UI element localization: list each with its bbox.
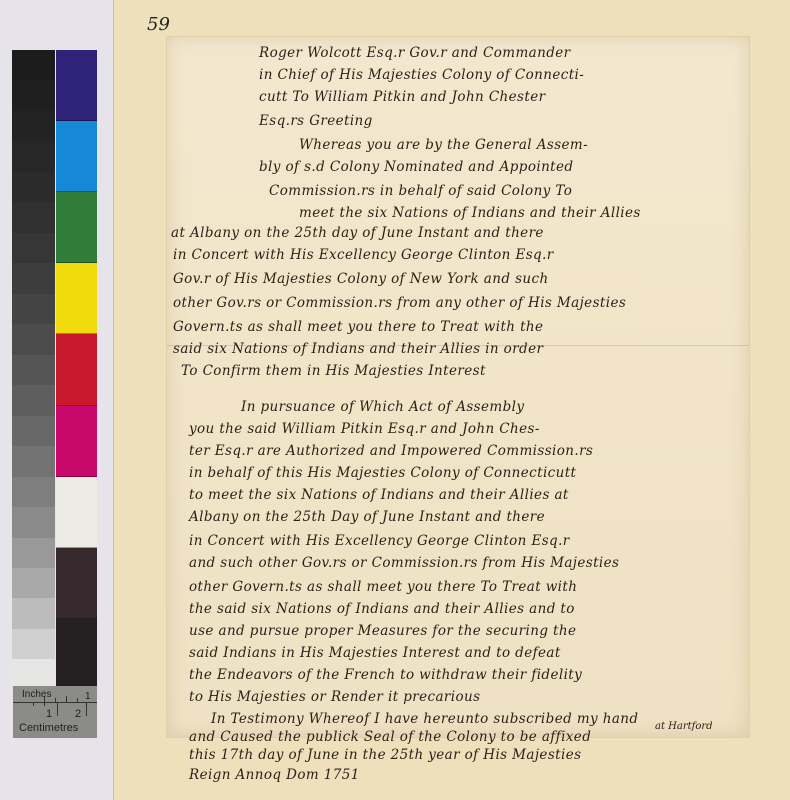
manuscript-line: Albany on the 25th Day of June Instant a… bbox=[189, 509, 545, 525]
color-patch-cyan bbox=[56, 121, 97, 192]
gray-step bbox=[12, 507, 55, 537]
manuscript-line: ter Esq.r are Authorized and Impowered C… bbox=[189, 443, 593, 459]
gray-step bbox=[12, 202, 55, 232]
gray-step bbox=[12, 568, 55, 598]
ruler-tick bbox=[55, 698, 56, 702]
gray-step bbox=[12, 50, 55, 80]
ruler-line bbox=[13, 702, 97, 703]
gray-step bbox=[12, 294, 55, 324]
manuscript-line: In pursuance of Which Act of Assembly bbox=[241, 399, 524, 415]
manuscript-line: in Concert with His Excellency George Cl… bbox=[173, 247, 554, 263]
ruler-tick bbox=[77, 698, 78, 702]
manuscript-line: use and pursue proper Measures for the s… bbox=[189, 623, 576, 639]
manuscript-line: said six Nations of Indians and their Al… bbox=[173, 341, 543, 357]
manuscript-text: Roger Wolcott Esq.r Gov.r and Commanderi… bbox=[167, 37, 749, 737]
color-patch-magenta bbox=[56, 406, 97, 477]
color-patch-strip bbox=[56, 50, 97, 690]
centimetres-label: Centimetres bbox=[19, 722, 78, 734]
color-patch-dark-brown bbox=[56, 548, 97, 619]
inch-mark-1: 1 bbox=[85, 691, 91, 702]
gray-step bbox=[12, 324, 55, 354]
manuscript-sheet: Roger Wolcott Esq.r Gov.r and Commanderi… bbox=[166, 36, 750, 738]
gray-step bbox=[12, 233, 55, 263]
gray-step bbox=[12, 598, 55, 628]
cm-mark-2: 2 bbox=[75, 708, 81, 720]
manuscript-line: to meet the six Nations of Indians and t… bbox=[189, 487, 569, 503]
color-patch-blue-violet bbox=[56, 50, 97, 121]
manuscript-line: and Caused the publick Seal of the Colon… bbox=[189, 729, 591, 745]
manuscript-line: bly of s.d Colony Nominated and Appointe… bbox=[259, 159, 573, 175]
gray-step bbox=[12, 263, 55, 293]
manuscript-line: meet the six Nations of Indians and thei… bbox=[299, 205, 641, 221]
ruler-tick bbox=[44, 696, 45, 706]
gray-step bbox=[12, 141, 55, 171]
gray-step bbox=[12, 477, 55, 507]
grayscale-strip bbox=[12, 50, 55, 690]
gray-step bbox=[12, 446, 55, 476]
manuscript-line: Govern.ts as shall meet you there to Tre… bbox=[173, 319, 543, 335]
manuscript-line: the Endeavors of the French to withdraw … bbox=[189, 667, 582, 683]
manuscript-line: in Concert with His Excellency George Cl… bbox=[189, 533, 570, 549]
manuscript-line: Esq.rs Greeting bbox=[259, 113, 373, 129]
gray-step bbox=[12, 111, 55, 141]
color-patch-green bbox=[56, 192, 97, 263]
interlinear-note: at Hartford bbox=[655, 721, 713, 732]
manuscript-line: To Confirm them in His Majesties Interes… bbox=[181, 363, 486, 379]
manuscript-line: Commission.rs in behalf of said Colony T… bbox=[269, 183, 572, 199]
scale-ruler: Inches 1 1 2 Centimetres bbox=[13, 686, 97, 738]
manuscript-line: said Indians in His Majesties Interest a… bbox=[189, 645, 561, 661]
manuscript-line: in Chief of His Majesties Colony of Conn… bbox=[259, 67, 584, 83]
color-patch-white bbox=[56, 477, 97, 548]
manuscript-line: the said six Nations of Indians and thei… bbox=[189, 601, 575, 617]
manuscript-line: at Albany on the 25th day of June Instan… bbox=[171, 225, 544, 241]
gray-step bbox=[12, 416, 55, 446]
ruler-tick bbox=[57, 702, 58, 716]
manuscript-line: Roger Wolcott Esq.r Gov.r and Commander bbox=[259, 45, 571, 61]
gray-step bbox=[12, 355, 55, 385]
cm-mark-1: 1 bbox=[46, 708, 52, 720]
manuscript-line: this 17th day of June in the 25th year o… bbox=[189, 747, 581, 763]
gray-step bbox=[12, 80, 55, 110]
manuscript-line: Whereas you are by the General Assem- bbox=[299, 137, 588, 153]
manuscript-line: In Testimony Whereof I have hereunto sub… bbox=[211, 711, 638, 727]
manuscript-line: and such other Gov.rs or Commission.rs f… bbox=[189, 555, 619, 571]
color-patch-yellow bbox=[56, 263, 97, 334]
manuscript-line: Gov.r of His Majesties Colony of New Yor… bbox=[173, 271, 549, 287]
manuscript-line: cutt To William Pitkin and John Chester bbox=[259, 89, 545, 105]
color-patch-black bbox=[56, 619, 97, 690]
color-patch-red bbox=[56, 334, 97, 405]
manuscript-line: Reign Annoq Dom 1751 bbox=[189, 767, 360, 783]
manuscript-line: in behalf of this His Majesties Colony o… bbox=[189, 465, 576, 481]
ruler-tick bbox=[33, 702, 34, 706]
manuscript-line: other Gov.rs or Commission.rs from any o… bbox=[173, 295, 626, 311]
manuscript-line: other Govern.ts as shall meet you there … bbox=[189, 579, 577, 595]
folio-number: 59 bbox=[147, 14, 170, 35]
gray-step bbox=[12, 538, 55, 568]
color-calibration-target bbox=[12, 50, 97, 690]
inches-label: Inches bbox=[22, 689, 51, 700]
ruler-tick bbox=[86, 702, 87, 716]
gray-step bbox=[12, 172, 55, 202]
gray-step bbox=[12, 629, 55, 659]
manuscript-line: you the said William Pitkin Esq.r and Jo… bbox=[189, 421, 540, 437]
manuscript-line: to His Majesties or Render it precarious bbox=[189, 689, 480, 705]
ruler-tick bbox=[66, 696, 67, 702]
gray-step bbox=[12, 385, 55, 415]
